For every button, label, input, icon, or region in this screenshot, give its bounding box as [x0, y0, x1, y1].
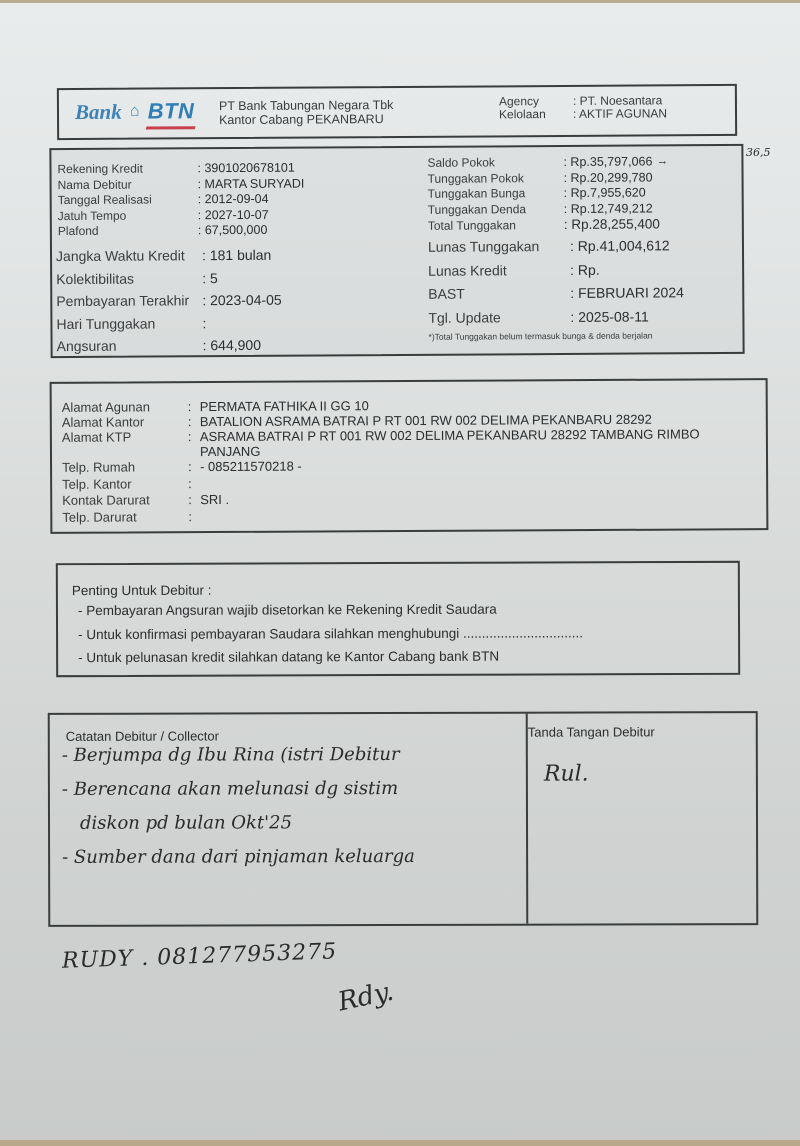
handwritten-line: diskon pd bulan Okt'25	[62, 806, 415, 841]
field-label: Alamat KTP	[62, 429, 188, 445]
field-label: Tgl. Update	[428, 308, 570, 325]
logo-bank-text: Bank	[75, 99, 122, 124]
field-label: Hari Tunggakan	[56, 315, 202, 332]
kelolaan-label: Kelolaan	[499, 108, 573, 121]
field-tgl-update: Tgl. Update: 2025-08-11	[428, 308, 684, 333]
important-list: - Pembayaran Angsuran wajib disetorkan k…	[78, 601, 583, 673]
branch-name: Kantor Cabang PEKANBARU	[219, 112, 394, 127]
field-angsuran: Angsuran: 644,900	[57, 337, 283, 361]
field-label: Pembayaran Terakhir	[56, 292, 202, 309]
table-surface-bottom	[0, 1140, 800, 1146]
loan-status: Jangka Waktu Kredit: 181 bulan Kolektibi…	[56, 247, 282, 361]
field-label: Tunggakan Pokok	[428, 170, 564, 185]
field-label: Nama Debitur	[58, 177, 198, 192]
handwritten-margin-note: 36,5	[746, 146, 771, 159]
field-value: : 644,900	[203, 337, 261, 353]
field-lunas-kredit: Lunas Kredit: Rp.	[428, 261, 684, 286]
field-label: Angsuran	[57, 337, 203, 354]
important-item: - Untuk pelunasan kredit silahkan datang…	[78, 648, 583, 673]
field-label: Rekening Kredit	[57, 161, 197, 176]
arrears-footnote: *)Total Tunggakan belum termasuk bunga &…	[428, 330, 652, 341]
field-label: Alamat Kantor	[62, 414, 188, 430]
field-value: : 5	[202, 270, 218, 286]
debtor-signature: Rul.	[544, 762, 589, 787]
settlement-info: Lunas Tunggakan: Rp.41,004,612 Lunas Kre…	[428, 237, 684, 333]
company-name: PT Bank Tabungan Negara Tbk	[219, 98, 394, 113]
field-jatuh-tempo: Jatuh Tempo: 2027-10-07	[58, 207, 305, 224]
field-label: Plafond	[58, 223, 198, 238]
field-value: :	[202, 315, 206, 331]
important-notice-box: Penting Untuk Debitur : - Pembayaran Ang…	[56, 561, 740, 677]
address-list: Alamat Agunan:PERMATA FATHIKA II GG 10 A…	[62, 396, 701, 525]
column-divider	[526, 714, 529, 924]
field-value: : MARTA SURYADI	[198, 176, 305, 191]
agency-info: Agency: PT. Noesantara Kelolaan: AKTIF A…	[499, 94, 667, 121]
field-label: Jangka Waktu Kredit	[56, 247, 202, 264]
field-value: : Rp.35,797,066	[563, 154, 652, 169]
field-value: : Rp.41,004,612	[570, 237, 670, 254]
loan-identity: Rekening Kredit: 3901020678101 Nama Debi…	[57, 161, 304, 240]
btn-logo: Bank ⌂ BTN	[75, 98, 195, 125]
field-tunggakan-denda: Tunggakan Denda: Rp.12,749,212	[428, 201, 667, 218]
address-contact-box: Alamat Agunan:PERMATA FATHIKA II GG 10 A…	[50, 378, 769, 534]
field-value: - 085211570218 -	[200, 456, 700, 475]
house-icon: ⌂	[126, 103, 144, 121]
field-value: : 3901020678101	[197, 161, 294, 176]
collector-signature: Rdy.	[335, 977, 396, 1018]
field-telp-rumah: Telp. Rumah:- 085211570218 -	[62, 456, 700, 476]
field-label: BAST	[428, 285, 570, 302]
field-label: Saldo Pokok	[427, 155, 563, 170]
field-value: SRI .	[200, 489, 700, 508]
field-value: : Rp.7,955,620	[564, 185, 646, 200]
field-label: Lunas Tunggakan	[428, 238, 570, 255]
field-tanggal-realisasi: Tanggal Realisasi: 2012-09-04	[58, 192, 305, 209]
field-alamat-ktp: Alamat KTP:ASRAMA BATRAI P RT 001 RW 002…	[62, 426, 700, 459]
field-tunggakan-pokok: Tunggakan Pokok: Rp.20,299,780	[428, 170, 667, 187]
account-summary: Rekening Kredit: 3901020678101 Nama Debi…	[49, 144, 744, 358]
field-value: : FEBRUARI 2024	[570, 284, 684, 301]
field-value: : 67,500,000	[198, 223, 268, 237]
handwritten-line: - Berjumpa dg Ibu Rina (istri Debitur	[62, 738, 415, 773]
contact-list: Telp. Rumah:- 085211570218 - Telp. Kanto…	[62, 456, 700, 525]
field-value: : Rp.28,255,400	[564, 216, 660, 232]
field-saldo-pokok: Saldo Pokok: Rp.35,797,066→	[427, 154, 666, 171]
field-value: : 2027-10-07	[198, 207, 269, 221]
field-label: Jatuh Tempo	[58, 208, 198, 223]
table-surface-top	[0, 0, 800, 3]
field-value: : Rp.20,299,780	[564, 170, 653, 185]
field-label: Telp. Rumah	[62, 459, 188, 476]
important-item: - Pembayaran Angsuran wajib disetorkan k…	[78, 601, 583, 626]
field-value: : 2023-04-05	[202, 292, 282, 308]
kelolaan-value: : AKTIF AGUNAN	[573, 107, 667, 121]
field-label: Kolektibilitas	[56, 270, 202, 287]
field-kontak-darurat: Kontak Darurat:SRI .	[62, 489, 700, 509]
notes-signature-box: Catatan Debitur / Collector Tanda Tangan…	[48, 711, 759, 927]
collector-contact-note: RUDY . 081277953275	[62, 939, 338, 974]
field-telp-darurat: Telp. Darurat:	[62, 506, 700, 526]
field-total-tunggakan: Total Tunggakan: Rp.28,255,400	[428, 216, 667, 233]
field-hari-tunggakan: Hari Tunggakan:	[56, 314, 282, 338]
field-label: Tunggakan Denda	[428, 201, 564, 216]
letterhead: Bank ⌂ BTN PT Bank Tabungan Negara Tbk K…	[57, 84, 737, 140]
field-label: Tanggal Realisasi	[58, 192, 198, 207]
handwritten-notes: - Berjumpa dg Ibu Rina (istri Debitur - …	[62, 738, 415, 875]
handwritten-arrow: →	[658, 158, 666, 168]
field-label: Telp. Kantor	[62, 476, 188, 493]
field-plafond: Plafond: 67,500,000	[58, 223, 305, 240]
field-jangka-waktu: Jangka Waktu Kredit: 181 bulan	[56, 247, 282, 271]
handwritten-line: - Sumber dana dari pinjaman keluarga	[62, 840, 415, 875]
logo-brand-text: BTN	[148, 98, 195, 124]
arrears-breakdown: Saldo Pokok: Rp.35,797,066→ Tunggakan Po…	[427, 154, 666, 233]
important-item: - Untuk konfirmasi pembayaran Saudara si…	[78, 625, 583, 650]
field-rekening-kredit: Rekening Kredit: 3901020678101	[57, 161, 304, 178]
field-kolektibilitas: Kolektibilitas: 5	[56, 269, 282, 293]
field-pembayaran-terakhir: Pembayaran Terakhir: 2023-04-05	[56, 292, 282, 316]
field-value: : 2012-09-04	[198, 192, 269, 206]
handwritten-line: - Berencana akan melunasi dg sistim	[62, 772, 415, 807]
field-value: : 2025-08-11	[570, 308, 648, 324]
field-bast: BAST: FEBRUARI 2024	[428, 284, 684, 309]
field-value: : Rp.	[570, 261, 600, 277]
company-info: PT Bank Tabungan Negara Tbk Kantor Caban…	[219, 98, 394, 127]
field-lunas-tunggakan: Lunas Tunggakan: Rp.41,004,612	[428, 237, 684, 262]
signature-title: Tanda Tangan Debitur	[528, 724, 655, 739]
field-label: Alamat Agunan	[62, 399, 188, 415]
field-tunggakan-bunga: Tunggakan Bunga: Rp.7,955,620	[428, 185, 667, 202]
field-label: Kontak Darurat	[62, 492, 188, 509]
field-label: Telp. Darurat	[62, 509, 188, 526]
field-label: Total Tunggakan	[428, 218, 564, 233]
field-nama-debitur: Nama Debitur: MARTA SURYADI	[58, 176, 305, 193]
important-title: Penting Untuk Debitur :	[72, 583, 212, 598]
field-value: ASRAMA BATRAI P RT 001 RW 002 DELIMA PEK…	[200, 426, 700, 459]
field-label: Tunggakan Bunga	[428, 186, 564, 201]
field-label: Lunas Kredit	[428, 261, 570, 278]
field-value: : 181 bulan	[202, 247, 271, 263]
field-value: : Rp.12,749,212	[564, 201, 653, 216]
